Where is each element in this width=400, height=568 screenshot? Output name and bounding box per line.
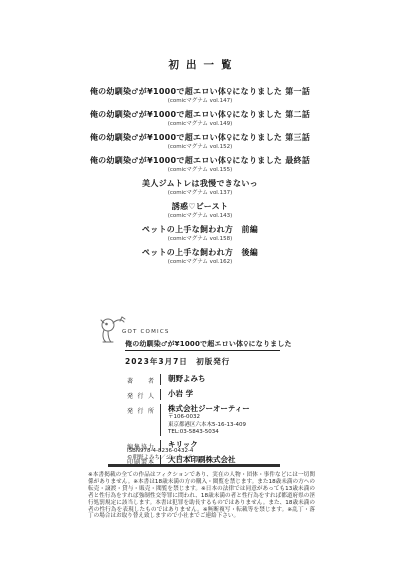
episode-source: (comicマグナム vol.162) — [0, 259, 400, 266]
credit-row-publisher: 発行所 株式会社ジーオーティー 〒106-0032 東京都港区六本木5-16-1… — [127, 404, 250, 436]
list-item: 美人ジムトレは我慢できないっ (comicマグナム vol.137) — [0, 179, 400, 197]
imprint-label: GOT COMICS — [122, 329, 170, 335]
credit-value: 朝野よみち — [168, 374, 206, 383]
credit-row-publisher-person: 発行人 小岩 学 — [127, 389, 250, 400]
credit-label: 著者 — [127, 374, 154, 385]
isbn-number: ISBN978-4-8236-0432-4 — [127, 448, 203, 455]
episode-source: (comicマグナム vol.143) — [0, 213, 400, 220]
episode-title: 美人ジムトレは我慢できないっ — [0, 179, 400, 189]
list-item: 誘惑♡ビースト (comicマグナム vol.143) — [0, 202, 400, 220]
credit-value-cell: 小岩 学 — [160, 389, 193, 400]
credit-label: 発行人 — [127, 389, 154, 400]
copyright-line: ©朝野よみち／ジーオーティー — [127, 455, 203, 462]
episode-title: 俺の幼馴染♂が¥1000で超エロい体♀になりました 最終話 — [0, 156, 400, 166]
list-item: ペットの上手な飼われ方 前編 (comicマグナム vol.158) — [0, 225, 400, 243]
publisher-phone: TEL:03-5843-5034 — [168, 429, 250, 436]
episode-title: 俺の幼馴染♂が¥1000で超エロい体♀になりました 第二話 — [0, 110, 400, 120]
credit-value: 小岩 学 — [168, 389, 193, 398]
edition-date: 2023年3月7日 初版発行 — [125, 356, 230, 367]
credit-label: 発行所 — [127, 404, 154, 436]
episode-title: 誘惑♡ビースト — [0, 202, 400, 212]
episode-source: (comicマグナム vol.149) — [0, 121, 400, 128]
divider-bar — [108, 464, 280, 467]
list-item: 俺の幼馴染♂が¥1000で超エロい体♀になりました 最終話 (comicマグナム… — [0, 156, 400, 174]
credit-value: 株式会社ジーオーティー — [168, 404, 250, 413]
episode-title: ペットの上手な飼われ方 後編 — [0, 248, 400, 258]
list-item: 俺の幼馴染♂が¥1000で超エロい体♀になりました 第三話 (comicマグナム… — [0, 133, 400, 151]
first-publication-title: 初出一覧 — [0, 57, 400, 72]
list-item: 俺の幼馴染♂が¥1000で超エロい体♀になりました 第一話 (comicマグナム… — [0, 87, 400, 105]
credit-value-cell: 株式会社ジーオーティー 〒106-0032 東京都港区六本木5-16-13-40… — [160, 404, 250, 436]
credit-row-author: 著者 朝野よみち — [127, 374, 250, 385]
book-title: 俺の幼馴染♂が¥1000で超エロい体♀になりました — [125, 339, 292, 349]
credit-value-cell: 朝野よみち — [160, 374, 206, 385]
colophon-page: 初出一覧 俺の幼馴染♂が¥1000で超エロい体♀になりました 第一話 (comi… — [0, 0, 400, 568]
first-publication-section: 初出一覧 俺の幼馴染♂が¥1000で超エロい体♀になりました 第一話 (comi… — [0, 57, 400, 271]
episode-title: 俺の幼馴染♂が¥1000で超エロい体♀になりました 第三話 — [0, 133, 400, 143]
disclaimer-text: ※本書掲載の全ての作品はフィクションであり、実在の人物・団体・事件などには一切関… — [88, 472, 315, 520]
episode-source: (comicマグナム vol.158) — [0, 236, 400, 243]
list-item: 俺の幼馴染♂が¥1000で超エロい体♀になりました 第二話 (comicマグナム… — [0, 110, 400, 128]
episode-title: 俺の幼馴染♂が¥1000で超エロい体♀になりました 第一話 — [0, 87, 400, 97]
publisher-address: 東京都港区六本木5-16-13-409 — [168, 422, 250, 429]
isbn-copyright-block: ISBN978-4-8236-0432-4 ©朝野よみち／ジーオーティー — [127, 448, 203, 462]
episode-source: (comicマグナム vol.147) — [0, 98, 400, 105]
episode-source: (comicマグナム vol.155) — [0, 167, 400, 174]
publisher-postal-code: 〒106-0032 — [168, 414, 250, 421]
episode-source: (comicマグナム vol.152) — [0, 144, 400, 151]
title-underline — [125, 350, 280, 351]
list-item: ペットの上手な飼われ方 後編 (comicマグナム vol.162) — [0, 248, 400, 266]
episode-title: ペットの上手な飼われ方 前編 — [0, 225, 400, 235]
episode-source: (comicマグナム vol.137) — [0, 190, 400, 197]
